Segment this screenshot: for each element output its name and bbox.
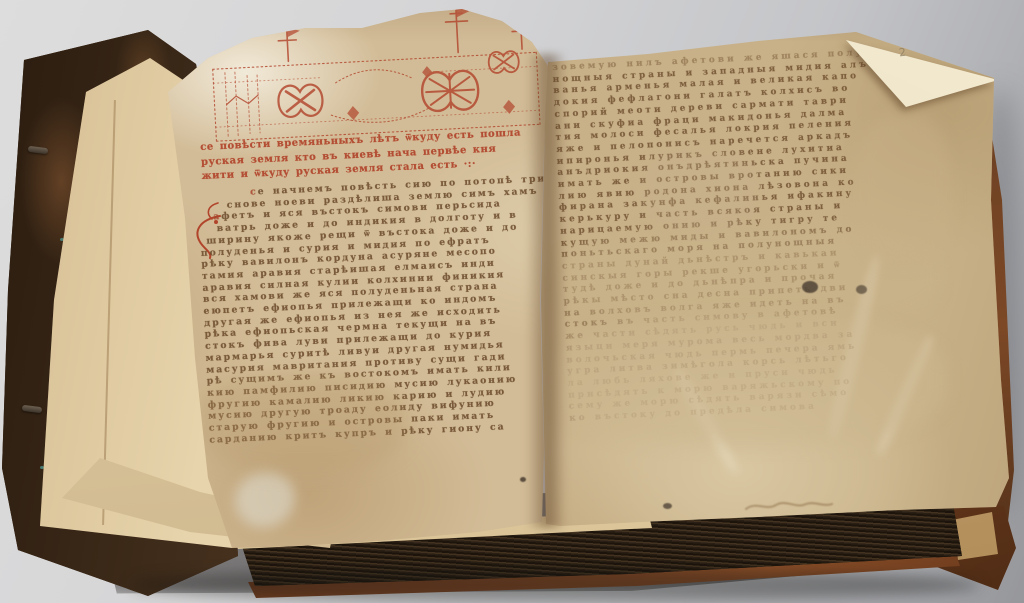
photograph-open-manuscript: се повѣсти времяньныхъ лѣтъ ѿкуду есть п… [0,0,1024,603]
ink-blot [856,285,867,294]
right-page-text-block: зовемую нилъ афетови же яшася полунощныя… [552,44,953,425]
left-page-text-block: се начнемъ повѣсть сию по потопѣ триесно… [198,173,561,446]
fore-edge-shadow [130,568,980,602]
ink-fleck [663,503,672,509]
faint-inscription-squiggle [744,496,836,516]
ink-blot [802,281,818,293]
parchment-stain [227,463,302,535]
paint-speck [40,466,44,469]
gutter-shadow [526,54,566,528]
